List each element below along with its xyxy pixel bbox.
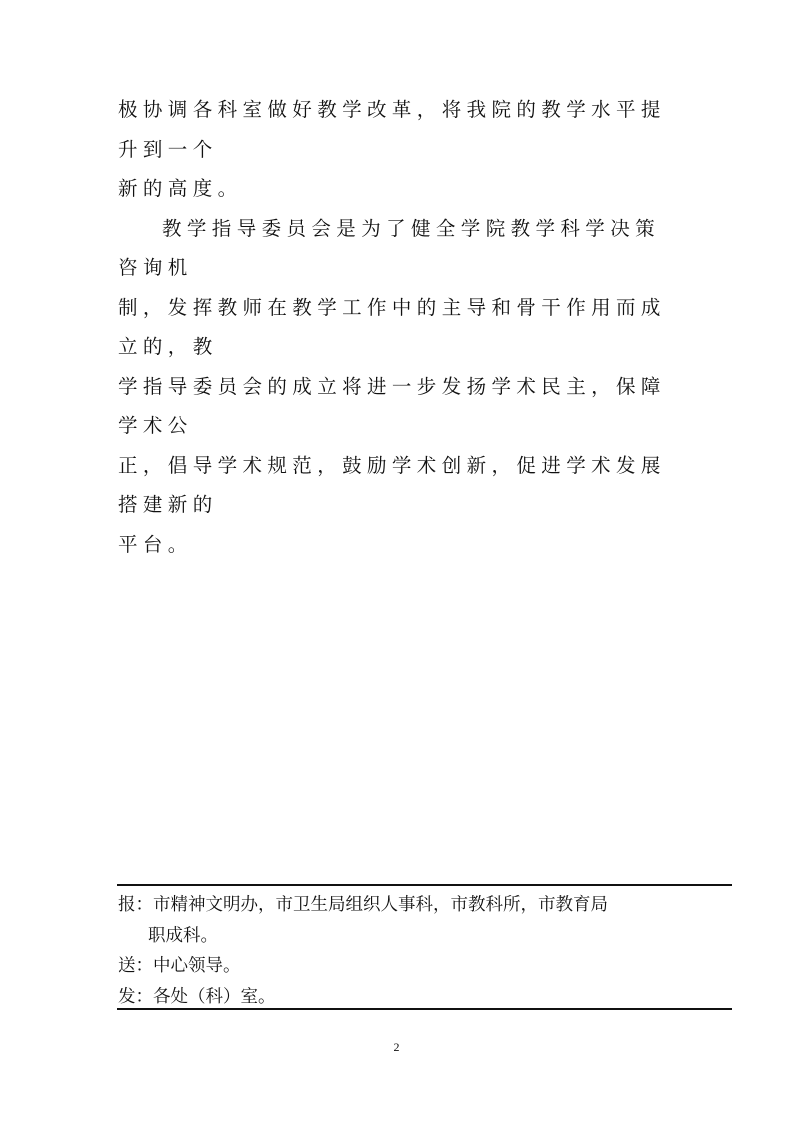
bottom-divider bbox=[117, 1008, 732, 1010]
report-continuation-text: 职成科。 bbox=[148, 926, 218, 946]
send-label: 送： bbox=[118, 956, 153, 976]
distribution-report-continuation: 职成科。 bbox=[118, 921, 728, 952]
top-divider bbox=[117, 884, 732, 886]
text-line: 教学指导委员会是为了健全学院教学科学决策咨询机 bbox=[118, 217, 660, 280]
body-text: 极协调各科室做好教学改革，将我院的教学水平提升到一个 新的高度。 教学指导委员会… bbox=[118, 90, 678, 564]
text-line: 学指导委员会的成立将进一步发扬学术民主，保障学术公 bbox=[118, 375, 666, 438]
distribution-send: 送：中心领导。 bbox=[118, 951, 728, 982]
text-line: 制，发挥教师在教学工作中的主导和骨干作用而成立的，教 bbox=[118, 296, 666, 359]
paragraph-continued: 极协调各科室做好教学改革，将我院的教学水平提升到一个 新的高度。 bbox=[118, 90, 678, 209]
text-line: 新的高度。 bbox=[118, 177, 243, 200]
distribution-report: 报：市精神文明办，市卫生局组织人事科，市教科所，市教育局 bbox=[118, 890, 728, 921]
send-text: 中心领导。 bbox=[153, 956, 241, 976]
issue-label: 发： bbox=[118, 987, 153, 1007]
document-page: 极协调各科室做好教学改革，将我院的教学水平提升到一个 新的高度。 教学指导委员会… bbox=[0, 0, 793, 1122]
text-line: 平台。 bbox=[118, 533, 193, 556]
page-number: 2 bbox=[0, 1040, 793, 1055]
report-label: 报： bbox=[118, 895, 153, 915]
text-line: 极协调各科室做好教学改革，将我院的教学水平提升到一个 bbox=[118, 98, 666, 161]
paragraph-committee: 教学指导委员会是为了健全学院教学科学决策咨询机 制，发挥教师在教学工作中的主导和… bbox=[118, 209, 678, 565]
distribution-list: 报：市精神文明办，市卫生局组织人事科，市教科所，市教育局 职成科。 送：中心领导… bbox=[118, 890, 728, 1012]
report-text: 市精神文明办，市卫生局组织人事科，市教科所，市教育局 bbox=[153, 895, 608, 915]
issue-text: 各处（科）室。 bbox=[153, 987, 276, 1007]
text-line: 正，倡导学术规范，鼓励学术创新，促进学术发展搭建新的 bbox=[118, 454, 666, 517]
